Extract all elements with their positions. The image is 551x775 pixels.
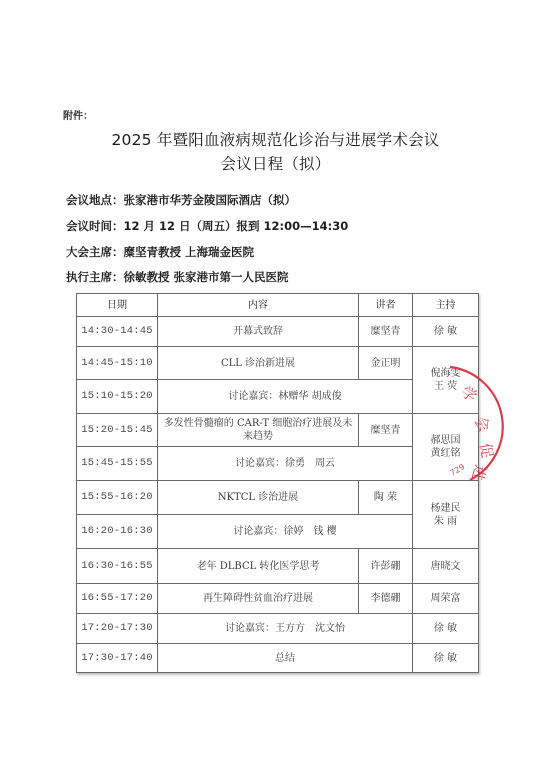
header-content: 内容 [158, 294, 359, 317]
row-time: 15:10-15:20 [77, 380, 158, 414]
row-host: 周荣富 [413, 584, 479, 614]
row-time: 15:20-15:45 [77, 414, 158, 447]
row-time: 15:45-15:55 [77, 447, 158, 481]
header-speaker: 讲者 [359, 294, 413, 317]
row-discussion: 讨论嘉宾：徐勇 周云 [158, 447, 413, 481]
chair-value: 糜坚青教授 上海瑞金医院 [124, 245, 255, 259]
row-speaker: 许彭硼 [359, 549, 413, 584]
time-value: 12 月 12 日（周五）报到 12:00—14:30 [124, 219, 349, 233]
row-time: 16:55-17:20 [77, 584, 158, 614]
attachment-label: 附件： [63, 107, 93, 122]
row-content: CLL 诊治新进展 [158, 347, 359, 380]
row-discussion: 讨论嘉宾：徐婷 钱 樱 [158, 515, 413, 549]
row-time: 14:30-14:45 [77, 317, 158, 347]
row-time: 16:30-16:55 [77, 549, 158, 584]
seal-char: 促 [476, 442, 496, 460]
document-subtitle: 会议日程（拟） [0, 152, 551, 174]
row-host: 徐 敏 [413, 614, 479, 644]
info-exec-chair: 执行主席：徐敏教授 张家港市第一人民医院 [66, 269, 289, 285]
row-speaker: 金正明 [359, 347, 413, 380]
exec-chair-value: 徐敏教授 张家港市第一人民医院 [124, 270, 289, 284]
document-title: 2025 年暨阳血液病规范化诊治与进展学术会议 [0, 128, 551, 150]
schedule-table: 日期 内容 讲者 主持 14:30-14:45 开幕式致辞 糜坚青 徐 敏 14… [76, 293, 479, 673]
table-header-row: 日期 内容 讲者 主持 [77, 294, 479, 317]
row-time: 15:55-16:20 [77, 481, 158, 515]
table-row: 16:30-16:55 老年 DLBCL 转化医学思考 许彭硼 唐晓文 [77, 549, 479, 584]
row-content: 老年 DLBCL 转化医学思考 [158, 549, 359, 584]
row-time: 17:30-17:40 [77, 644, 158, 673]
table-row: 14:30-14:45 开幕式致辞 糜坚青 徐 敏 [77, 317, 479, 347]
row-host: 徐 敏 [413, 317, 479, 347]
header-date: 日期 [77, 294, 158, 317]
table-row: 14:45-15:10 CLL 诊治新进展 金正明 倪海雯 王 荧 [77, 347, 479, 380]
row-time: 16:20-16:30 [77, 515, 158, 549]
venue-value: 张家港市华芳金陵国际酒店（拟） [124, 193, 297, 207]
row-host: 唐晓文 [413, 549, 479, 584]
row-time: 17:20-17:30 [77, 614, 158, 644]
row-host: 徐 敏 [413, 644, 479, 673]
row-time: 14:45-15:10 [77, 347, 158, 380]
exec-chair-label: 执行主席： [66, 270, 124, 284]
row-speaker: 糜坚青 [359, 317, 413, 347]
table-row: 16:55-17:20 再生障碍性贫血治疗进展 李德硼 周荣富 [77, 584, 479, 614]
header-host: 主持 [413, 294, 479, 317]
time-label: 会议时间： [66, 219, 124, 233]
table-row: 15:55-16:20 NKTCL 诊治进展 陶 荣 杨建民 朱 雨 [77, 481, 479, 515]
row-speaker: 糜坚青 [359, 414, 413, 447]
row-content: NKTCL 诊治进展 [158, 481, 359, 515]
table-row: 17:20-17:30 讨论嘉宾：王方方 沈文怡 徐 敏 [77, 614, 479, 644]
chair-label: 大会主席： [66, 245, 124, 259]
row-speaker: 李德硼 [359, 584, 413, 614]
table-row: 17:30-17:40 总结 徐 敏 [77, 644, 479, 673]
row-discussion: 讨论嘉宾：王方方 沈文怡 [158, 614, 413, 644]
row-host: 郝思国 黄红铭 [413, 414, 479, 481]
row-content: 总结 [158, 644, 413, 673]
row-discussion: 讨论嘉宾：林赠华 胡成俊 [158, 380, 413, 414]
table-row: 15:20-15:45 多发性骨髓瘤的 CAR-T 细胞治疗进展及未来趋势 糜坚… [77, 414, 479, 447]
info-chair: 大会主席：糜坚青教授 上海瑞金医院 [66, 244, 254, 260]
info-venue: 会议地点：张家港市华芳金陵国际酒店（拟） [66, 192, 296, 208]
venue-label: 会议地点： [66, 193, 124, 207]
row-speaker: 陶 荣 [359, 481, 413, 515]
row-content: 再生障碍性贫血治疗进展 [158, 584, 359, 614]
row-host: 倪海雯 王 荧 [413, 347, 479, 414]
row-content: 多发性骨髓瘤的 CAR-T 细胞治疗进展及未来趋势 [158, 414, 359, 447]
row-content: 开幕式致辞 [158, 317, 359, 347]
row-host: 杨建民 朱 雨 [413, 481, 479, 549]
info-time: 会议时间：12 月 12 日（周五）报到 12:00—14:30 [66, 218, 348, 234]
